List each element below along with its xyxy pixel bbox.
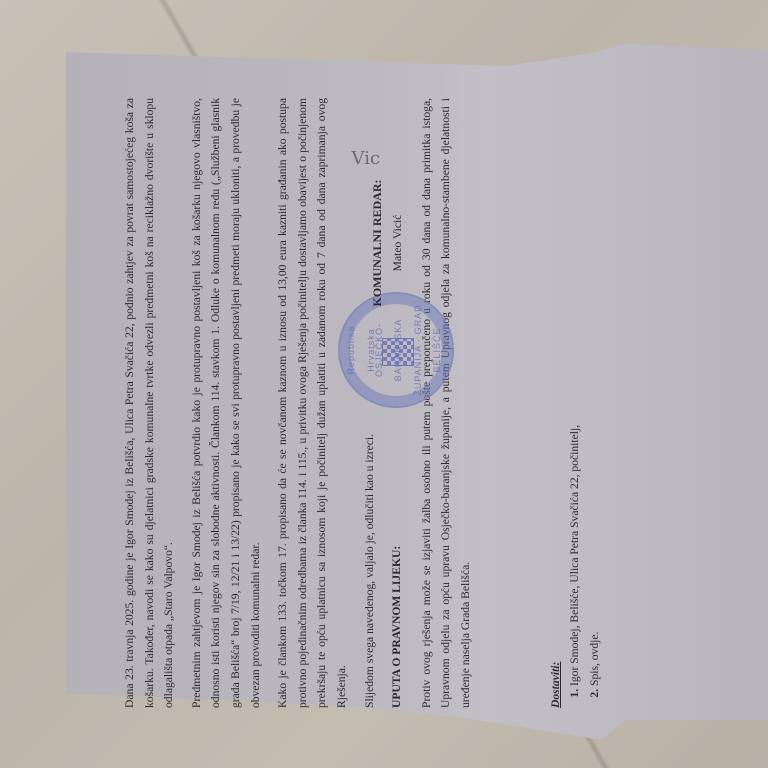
handwritten-signature: Vic — [352, 149, 381, 169]
signature-block: KOMUNALNI REDAR: Mateo Vicić — [368, 163, 407, 323]
legal-remedy-text: Protiv ovog rješenja može se izjaviti ža… — [417, 98, 476, 708]
delivery-list: Igor Smodej, Belišće, Ulica Petra Svačić… — [565, 98, 604, 708]
paragraph-confirmation: Predmetnim zahtjevom je Igor Smodej iz B… — [187, 98, 265, 708]
document-content: Dana 23. travnja 2025. godine je Igor Sm… — [120, 98, 560, 708]
delivery-item: Spis, ovdje. — [585, 98, 605, 686]
signatory-title: KOMUNALNI REDAR: — [368, 163, 388, 323]
paragraph-request: Dana 23. travnja 2025. godine je Igor Sm… — [120, 98, 179, 708]
delivery-section: Dostaviti: Igor Smodej, Belišće, Ulica P… — [546, 98, 605, 708]
signatory-name: Mateo Vicić — [388, 163, 408, 323]
delivery-item: Igor Smodej, Belišće, Ulica Petra Svačić… — [565, 98, 585, 686]
paragraph-penalty: Kako je člankom 133. točkom 17. propisan… — [273, 98, 351, 708]
delivery-title: Dostaviti: — [546, 98, 566, 708]
